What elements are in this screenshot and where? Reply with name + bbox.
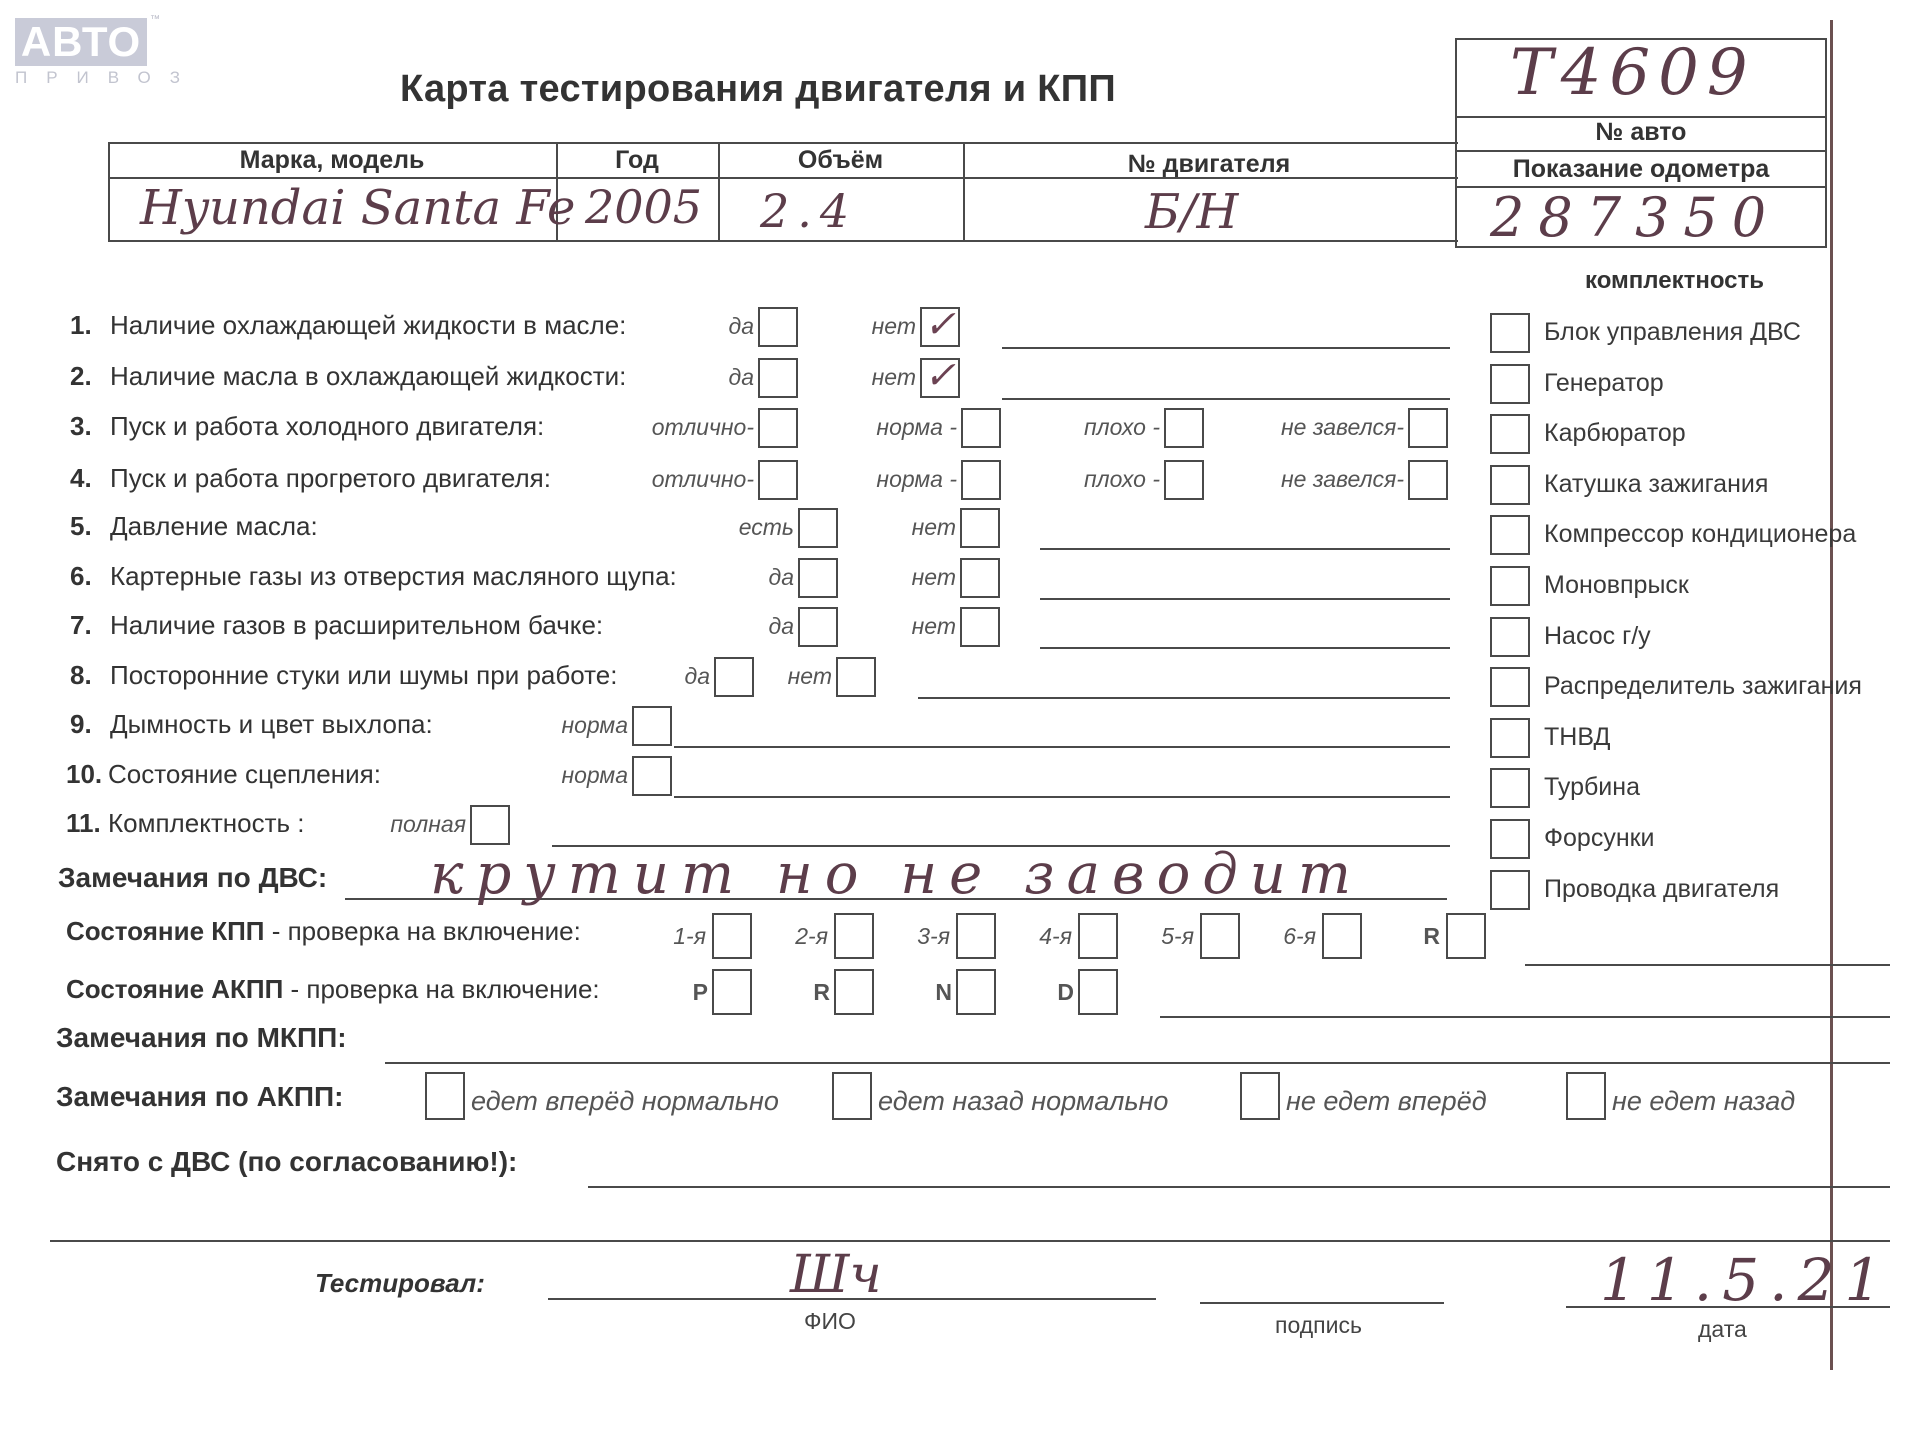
option-checkbox[interactable] <box>714 657 754 697</box>
column-volume: Объём <box>718 146 963 175</box>
option-label: да <box>768 613 794 640</box>
column-year: Год <box>556 146 718 175</box>
signature-field[interactable] <box>1200 1302 1444 1304</box>
manual-gearbox-label-bold: Состояние КПП <box>66 916 265 946</box>
akpp-option-label: не едет назад <box>1612 1086 1795 1117</box>
completeness-checkbox[interactable] <box>1490 819 1530 859</box>
option-label: полная <box>390 811 466 838</box>
akpp-option-label: едет вперёд нормально <box>471 1086 779 1117</box>
option-label: есть <box>739 514 794 541</box>
option-label: нет <box>912 514 956 541</box>
option-label: норма <box>561 712 628 739</box>
option-label: да <box>684 663 710 690</box>
notes-line[interactable] <box>1040 598 1450 600</box>
removed-label: Снято с ДВС (по согласованию!): <box>56 1146 517 1178</box>
page-title: Карта тестирования двигателя и КПП <box>400 68 1116 111</box>
position-checkbox[interactable] <box>712 969 752 1015</box>
notes-line[interactable] <box>674 796 1450 798</box>
position-label: P <box>693 979 708 1006</box>
check-mark-icon: ✓ <box>924 305 956 343</box>
option-label: не завелся- <box>1281 466 1404 493</box>
option-checkbox[interactable] <box>960 607 1000 647</box>
completeness-checkbox[interactable] <box>1490 465 1530 505</box>
option-label: плохо - <box>1084 466 1160 493</box>
engine-number-value[interactable]: Б/Н <box>1145 184 1238 240</box>
completeness-item-label: Катушка зажигания <box>1544 470 1768 499</box>
option-checkbox[interactable] <box>1164 460 1204 500</box>
gear-label: R <box>1423 923 1440 950</box>
option-checkbox[interactable] <box>961 408 1001 448</box>
completeness-item-label: Карбюратор <box>1544 419 1686 448</box>
notes-line[interactable] <box>1002 398 1450 400</box>
check-number: 10. <box>66 759 102 790</box>
option-checkbox[interactable] <box>758 358 798 398</box>
option-label: да <box>728 313 754 340</box>
gear-label: 1-я <box>673 923 706 950</box>
logo-trademark: ™ <box>150 14 160 25</box>
manual-remarks-label: Замечания по МКПП: <box>56 1022 347 1054</box>
position-label: N <box>935 979 952 1006</box>
manual-gearbox-label: Состояние КПП - проверка на включение: <box>66 916 581 947</box>
option-label: нет <box>912 613 956 640</box>
position-label: D <box>1057 979 1074 1006</box>
option-label: отлично- <box>652 414 754 441</box>
completeness-title: комплектность <box>1585 267 1764 295</box>
option-checkbox[interactable] <box>798 508 838 548</box>
check-label: Наличие охлаждающей жидкости в масле: <box>110 310 626 341</box>
completeness-checkbox[interactable] <box>1490 617 1530 657</box>
completeness-item-label: Компрессор кондиционера <box>1544 520 1856 549</box>
check-label: Пуск и работа прогретого двигателя: <box>110 463 551 494</box>
car-number-value[interactable]: Т4609 <box>1510 36 1756 110</box>
volume-value[interactable]: 2.4 <box>760 184 857 238</box>
removed-field[interactable] <box>588 1186 1890 1188</box>
auto-gearbox-label-rest: - проверка на включение: <box>283 974 599 1004</box>
option-label: норма <box>561 762 628 789</box>
auto-gearbox-label-bold: Состояние АКПП <box>66 974 283 1004</box>
position-checkbox[interactable] <box>956 969 996 1015</box>
option-checkbox[interactable] <box>798 607 838 647</box>
name-value: Шч <box>790 1245 882 1305</box>
check-number: 3. <box>70 411 92 442</box>
check-label: Давление масла: <box>110 511 318 542</box>
option-checkbox[interactable] <box>758 408 798 448</box>
option-label: нет <box>872 364 916 391</box>
check-mark-icon: ✓ <box>924 356 956 394</box>
check-number: 4. <box>70 463 92 494</box>
completeness-checkbox[interactable] <box>1490 870 1530 910</box>
check-number: 2. <box>70 361 92 392</box>
auto-remarks-label: Замечания по АКПП: <box>56 1081 343 1113</box>
gear-label: 2-я <box>795 923 828 950</box>
check-label: Картерные газы из отверстия масляного щу… <box>110 561 677 592</box>
gear-checkbox[interactable] <box>1078 913 1118 959</box>
year-value[interactable]: 2005 <box>585 180 702 234</box>
car-number-label: № авто <box>1455 118 1827 147</box>
date-value: 11.5.21 <box>1600 1246 1891 1314</box>
option-label: да <box>768 564 794 591</box>
gear-label: 4-я <box>1039 923 1072 950</box>
gear-label: 6-я <box>1283 923 1316 950</box>
check-number: 1. <box>70 310 92 341</box>
logo: АВТО <box>15 18 147 66</box>
option-label: нет <box>872 313 916 340</box>
akpp-option-checkbox[interactable] <box>832 1072 872 1120</box>
completeness-item-label: Насос г/у <box>1544 622 1651 651</box>
completeness-checkbox[interactable] <box>1490 718 1530 758</box>
option-label: норма - <box>876 414 957 441</box>
gear-checkbox[interactable] <box>834 913 874 959</box>
check-label: Наличие газов в расширительном бачке: <box>110 610 603 641</box>
gear-label: 3-я <box>917 923 950 950</box>
completeness-item-label: Форсунки <box>1544 824 1655 853</box>
option-label: нет <box>912 564 956 591</box>
position-label: R <box>813 979 830 1006</box>
option-label: да <box>728 364 754 391</box>
option-checkbox[interactable] <box>798 558 838 598</box>
option-label: отлично- <box>652 466 754 493</box>
akpp-option-checkbox[interactable] <box>425 1072 465 1120</box>
option-checkbox[interactable] <box>470 805 510 845</box>
position-checkbox[interactable] <box>834 969 874 1015</box>
gear-checkbox[interactable] <box>1322 913 1362 959</box>
notes-line[interactable] <box>674 746 1450 748</box>
column-make-model: Марка, модель <box>108 146 556 175</box>
check-label: Посторонние стуки или шумы при работе: <box>110 660 617 691</box>
check-number: 7. <box>70 610 92 641</box>
check-number: 5. <box>70 511 92 542</box>
check-number: 8. <box>70 660 92 691</box>
column-engine-number: № двигателя <box>963 150 1455 179</box>
check-label: Пуск и работа холодного двигателя: <box>110 411 544 442</box>
completeness-checkbox[interactable] <box>1490 313 1530 353</box>
check-number: 6. <box>70 561 92 592</box>
signature-caption: подпись <box>1275 1312 1362 1339</box>
akpp-option-label: едет назад нормально <box>878 1086 1168 1117</box>
option-checkbox[interactable] <box>1164 408 1204 448</box>
engine-remarks-label: Замечания по ДВС: <box>58 862 327 894</box>
option-checkbox[interactable] <box>960 558 1000 598</box>
make-model-value[interactable]: Hyundai Santa Fe <box>140 180 575 236</box>
logo-subtitle: ПРИВОЗ <box>15 68 199 88</box>
option-checkbox[interactable] <box>758 307 798 347</box>
option-checkbox[interactable] <box>1408 460 1448 500</box>
completeness-item-label: ТНВД <box>1544 723 1610 752</box>
check-label: Дымность и цвет выхлопа: <box>110 709 433 740</box>
akpp-option-checkbox[interactable] <box>1240 1072 1280 1120</box>
option-label: нет <box>788 663 832 690</box>
option-checkbox[interactable] <box>836 657 876 697</box>
check-label: Состояние сцепления: <box>108 759 381 790</box>
gear-checkbox[interactable] <box>1446 913 1486 959</box>
position-checkbox[interactable] <box>1078 969 1118 1015</box>
option-checkbox[interactable] <box>960 508 1000 548</box>
completeness-checkbox[interactable] <box>1490 768 1530 808</box>
check-label: Комплектность : <box>108 808 305 839</box>
completeness-item-label: Проводка двигателя <box>1544 875 1779 904</box>
auto-gearbox-label: Состояние АКПП - проверка на включение: <box>66 974 600 1005</box>
option-label: не завелся- <box>1281 414 1404 441</box>
option-checkbox[interactable] <box>1408 408 1448 448</box>
gear-checkbox[interactable] <box>956 913 996 959</box>
completeness-item-label: Моновпрыск <box>1544 571 1689 600</box>
option-checkbox[interactable] <box>758 460 798 500</box>
notes-line[interactable] <box>1002 347 1450 349</box>
gear-checkbox[interactable] <box>712 913 752 959</box>
check-label: Наличие масла в охлаждающей жидкости: <box>110 361 626 392</box>
odometer-value[interactable]: 287350 <box>1490 186 1780 249</box>
notes-line[interactable] <box>1040 647 1450 649</box>
completeness-item-label: Генератор <box>1544 369 1664 398</box>
date-caption: дата <box>1698 1316 1747 1343</box>
option-checkbox[interactable] <box>961 460 1001 500</box>
completeness-item-label: Турбина <box>1544 773 1640 802</box>
completeness-item-label: Блок управления ДВС <box>1544 318 1801 347</box>
check-number: 9. <box>70 709 92 740</box>
option-label: норма - <box>876 466 957 493</box>
gear-checkbox[interactable] <box>1200 913 1240 959</box>
notes-line[interactable] <box>1040 548 1450 550</box>
akpp-option-label: не едет вперёд <box>1286 1086 1487 1117</box>
option-checkbox[interactable] <box>632 756 672 796</box>
akpp-option-checkbox[interactable] <box>1566 1072 1606 1120</box>
completeness-checkbox[interactable] <box>1490 414 1530 454</box>
option-label: плохо - <box>1084 414 1160 441</box>
tested-by-label: Тестировал: <box>315 1268 485 1299</box>
odometer-label: Показание одометра <box>1455 155 1827 184</box>
completeness-checkbox[interactable] <box>1490 667 1530 707</box>
completeness-checkbox[interactable] <box>1490 515 1530 555</box>
notes-line[interactable] <box>918 697 1450 699</box>
engine-remarks-value[interactable]: крутит но не заводит <box>430 842 1363 907</box>
option-checkbox[interactable] <box>632 706 672 746</box>
completeness-item-label: Распределитель зажигания <box>1544 672 1862 701</box>
gear-label: 5-я <box>1161 923 1194 950</box>
manual-gearbox-label-rest: - проверка на включение: <box>265 916 581 946</box>
completeness-checkbox[interactable] <box>1490 364 1530 404</box>
completeness-checkbox[interactable] <box>1490 566 1530 606</box>
check-number: 11. <box>66 808 101 839</box>
manual-remarks-field[interactable] <box>385 1062 1890 1064</box>
name-caption: ФИО <box>804 1308 856 1335</box>
